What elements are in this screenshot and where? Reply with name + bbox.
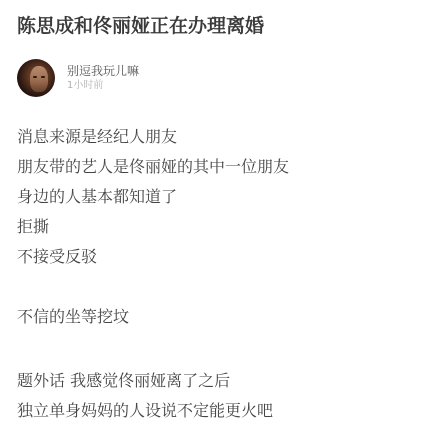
avatar-face-icon: [30, 66, 48, 92]
author-row: 别逗我玩儿嘛 1小时前: [17, 58, 139, 98]
post-body: 消息来源是经纪人朋友 朋友带的艺人是佟丽娅的其中一位朋友 身边的人基本都知道了 …: [17, 125, 427, 429]
avatar[interactable]: [17, 59, 55, 97]
paragraph: 消息来源是经纪人朋友 朋友带的艺人是佟丽娅的其中一位朋友 身边的人基本都知道了 …: [17, 125, 427, 269]
body-line: 消息来源是经纪人朋友: [17, 125, 427, 149]
avatar-eye-icon: [41, 76, 45, 78]
avatar-eye-icon: [33, 76, 37, 78]
author-name[interactable]: 别逗我玩儿嘛: [67, 63, 139, 79]
body-line: 朋友带的艺人是佟丽娅的其中一位朋友: [17, 155, 427, 179]
paragraph-spacer: [17, 335, 427, 369]
post-timestamp: 1小时前: [67, 79, 139, 93]
paragraph-spacer: [17, 275, 427, 305]
post-container: 陈思成和佟丽娅正在办理离婚 别逗我玩儿嘛 1小时前 消息来源是经纪人朋友 朋友带…: [0, 0, 440, 448]
body-line: 拒撕: [17, 215, 427, 239]
post-title: 陈思成和佟丽娅正在办理离婚: [17, 14, 264, 38]
body-line: 题外话 我感觉佟丽娅离了之后: [17, 369, 427, 393]
author-info: 别逗我玩儿嘛 1小时前: [67, 63, 139, 93]
body-line: 不接受反驳: [17, 245, 427, 269]
body-line: 不信的坐等挖坟: [17, 305, 427, 329]
paragraph: 题外话 我感觉佟丽娅离了之后 独立单身妈妈的人设说不定能更火吧: [17, 369, 427, 423]
body-line: 独立单身妈妈的人设说不定能更火吧: [17, 399, 427, 423]
body-line: 身边的人基本都知道了: [17, 185, 427, 209]
paragraph: 不信的坐等挖坟: [17, 305, 427, 329]
